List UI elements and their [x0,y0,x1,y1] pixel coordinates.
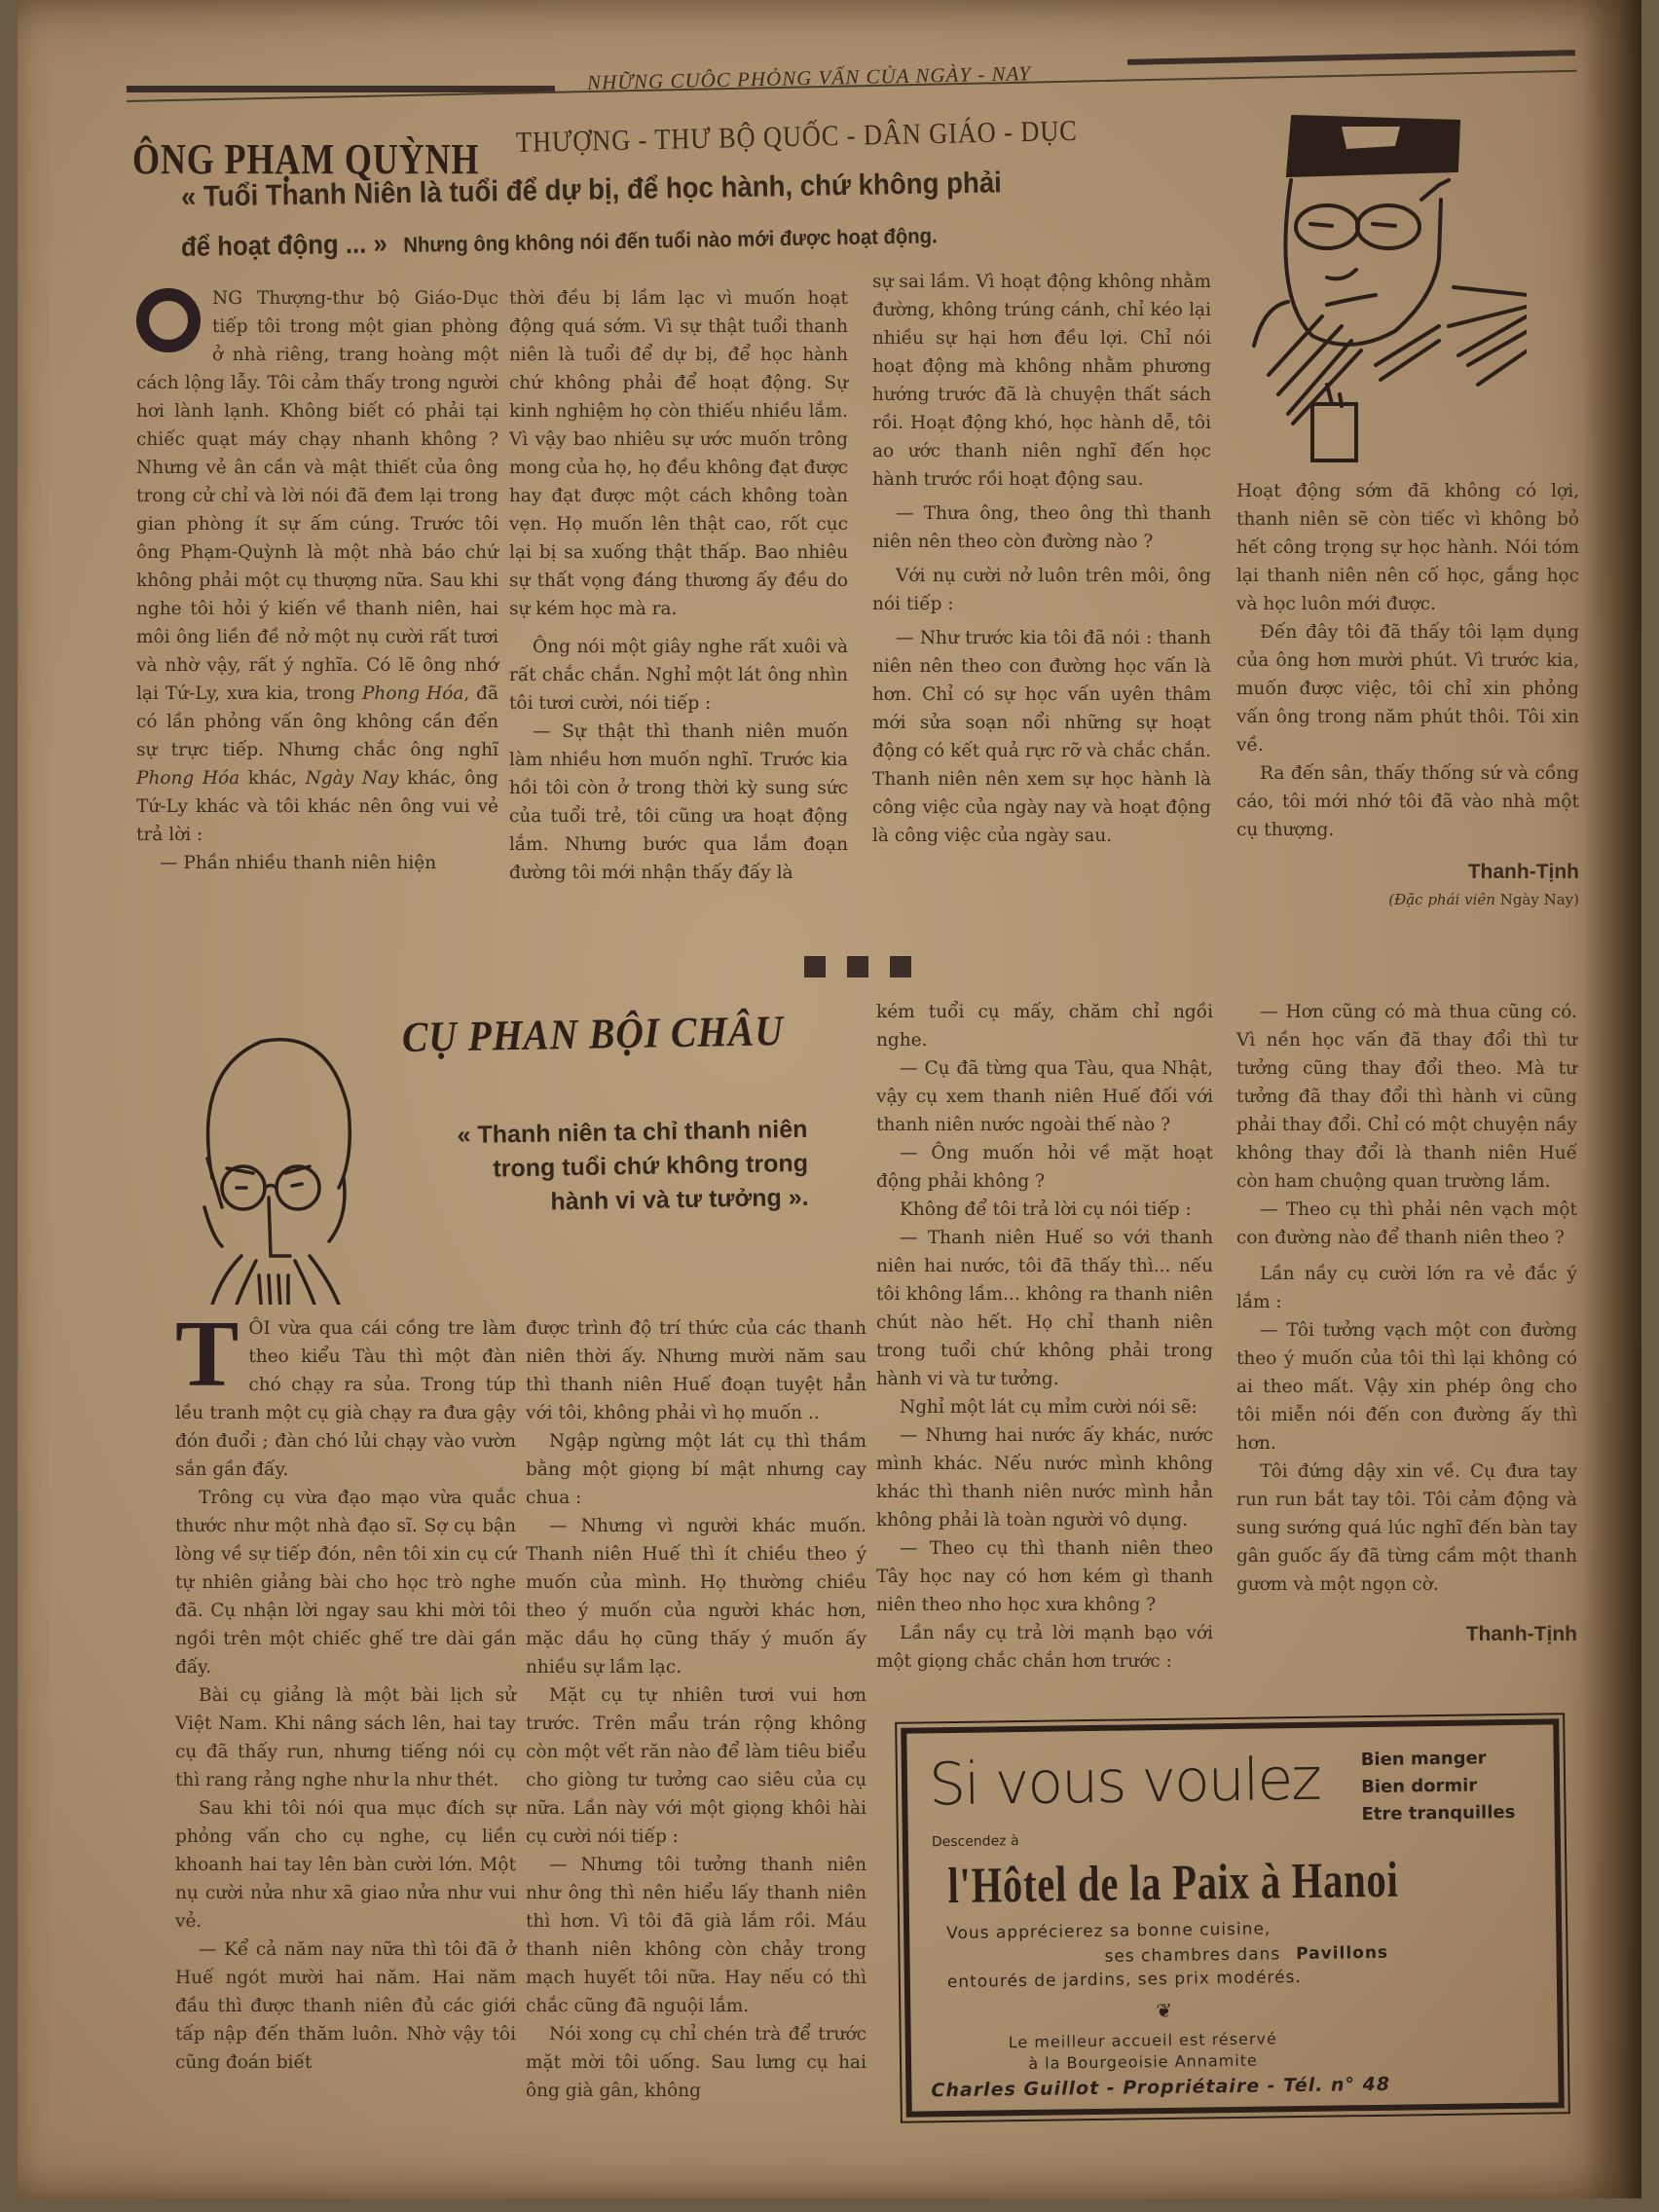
ad-line: entourés de jardins, ses prix modérés. [947,1968,1302,1992]
ad-headline: Si vous voulez [929,1746,1321,1820]
paragraph: — Phần nhiều thanh niên hiện [136,849,498,877]
square-ornament-icon [804,956,826,977]
newspaper-page: NHỮNG CUỘC PHỎNG VẤN CỦA NGÀY - NAY ÔNG … [18,0,1641,2198]
paragraph: — Thanh niên Huế so với thanh niên hai n… [876,1224,1213,1393]
paragraph: Lần nầy cụ trả lời mạnh bạo với một giọn… [876,1619,1213,1676]
article1-quote-end: để hoạt động ... » [181,228,387,262]
publication-name: Ngày Nay [306,768,399,789]
section-divider [804,956,911,977]
ad-hotel-name: l'Hôtel de la Paix à Hanoi [947,1852,1399,1915]
article2-signature: Thanh-Tịnh [1236,1620,1577,1648]
article2-title: CỤ PHAN BỘI CHÂU [402,1006,785,1062]
dropcap-o-icon [136,288,201,352]
article1-quote-note: Nhưng ông không nói đến tuổi nào mới đượ… [403,223,938,257]
article1-column-2: thời đều bị lầm lạc vì muốn hoạt động qu… [509,284,848,887]
paragraph: — Nhưng vì người khác muốn. Thanh niên H… [526,1512,866,1681]
ad-benefit: Bien manger [1361,1745,1515,1774]
paragraph: Mặt cụ tự nhiên tươi vui hơn trước. Trên… [526,1681,866,1851]
paragraph: Với nụ cười nở luôn trên môi, ông nói ti… [872,562,1211,618]
paragraph: — Theo cụ thì phải nên vạch một con đườn… [1236,1196,1577,1252]
ad-benefit: Etre tranquilles [1361,1799,1515,1828]
paragraph: sự sai lầm. Vì hoạt động không nhằm đườn… [872,268,1211,494]
article1-signature-note: (Đặc phái viên Ngày Nay) [1236,886,1579,914]
ad-lead-in: Descendez à [932,1833,1019,1850]
paragraph: — Theo cụ thì thanh niên theo Tây học na… [876,1534,1213,1619]
signature-role: (Đặc phái viên [1388,891,1495,908]
paragraph: Ra đến sân, thấy thống sứ và cồng cáo, t… [1236,759,1579,844]
page-spine-shadow [1583,0,1641,2198]
paragraph: Nghỉ một lát cụ mỉm cười nói sẽ: [876,1393,1213,1421]
article2-column-4: — Hơn cũng có mà thua cũng có. Vì nền họ… [1236,998,1577,1648]
ad-logo-icon: ❦ [1156,1999,1172,2022]
ad-footer: Charles Guillot - Propriétaire - Tél. n°… [931,2074,1390,2102]
paragraph: Hoạt động sớm đã không có lợi, thanh niê… [1236,477,1579,618]
square-ornament-icon [847,956,868,977]
signature-publication: Ngày Nay) [1500,891,1579,908]
paragraph: khác, [240,768,306,789]
article2-column-3: kém tuổi cụ mấy, chăm chỉ ngồi nghe. — C… [876,998,1213,1676]
ad-benefits: Bien manger Bien dormir Etre tranquilles [1361,1745,1516,1828]
paragraph: Không để tôi trả lời cụ nói tiếp : [876,1196,1213,1224]
ad-line-text: ses chambres dans [1104,1944,1280,1967]
paragraph: — Kể cả năm nay nữa thì tôi đã ở Huế ngó… [175,1935,516,2077]
paragraph: — Như trước kia tôi đã nói : thanh niên … [872,624,1211,850]
article1-quote-line2: để hoạt động ... »Nhưng ông không nói đế… [181,218,938,263]
paragraph: Đến đây tôi đã thấy tôi lạm dụng của ông… [1236,618,1579,759]
paragraph: được trình độ trí thức của các thanh niê… [526,1314,866,1427]
paragraph: Ngập ngừng một lát cụ thì thầm bằng một … [526,1427,866,1512]
dropcap-t: T [175,1316,239,1392]
paragraph: Ông nói một giây nghe rất xuôi và rất ch… [509,633,848,718]
article2-column-2: được trình độ trí thức của các thanh niê… [526,1314,866,2105]
ad-line: Vous apprécierez sa bonne cuisine, [946,1919,1271,1943]
square-ornament-icon [890,956,911,977]
pham-quynh-portrait-icon [1235,102,1527,462]
paragraph: — Tôi tưởng vạch một con đường theo ý mu… [1236,1316,1577,1457]
paragraph: — Ông muốn hỏi về mặt hoạt động phải khô… [876,1139,1213,1196]
paragraph: NG Thượng-thư bộ Giáo-Dục tiếp tôi trong… [136,288,498,704]
ad-pavillons: Pavillons [1296,1943,1388,1964]
ad-benefit: Bien dormir [1361,1772,1515,1801]
paragraph: Trông cụ vừa đạo mạo vừa quắc thước như … [175,1484,516,1681]
article1-subtitle: THƯỢNG - THƯ BỘ QUỐC - DÂN GIÁO - DỤC [516,115,1078,160]
ad-welcome: Le meilleur accueil est réservé à la Bou… [1009,2028,1278,2075]
paragraph: — Nhưng hai nước ấy khác, nước mình khác… [876,1421,1213,1534]
header-rule-bar [1127,50,1575,65]
article1-column-1: NG Thượng-thư bộ Giáo-Dục tiếp tôi trong… [136,284,498,877]
paragraph: Lần nầy cụ cười lớn ra vẻ đắc ý lắm : [1236,1260,1577,1316]
paragraph: — Nhưng tôi tưởng thanh niên như ông thì… [526,1851,866,2020]
phan-boi-chau-portrait-icon [183,1013,368,1305]
paragraph: — Thưa ông, theo ông thì thanh niên nên … [872,499,1211,556]
hotel-advertisement: Si vous voulez Bien manger Bien dormir E… [901,1718,1565,2117]
paragraph: Tôi đứng dậy xin về. Cụ đưa tay run run … [1236,1457,1577,1599]
article1-signature: Thanh-Tịnh [1236,858,1579,886]
article1-column-4: Hoạt động sớm đã không có lợi, thanh niê… [1236,477,1579,914]
paragraph: Sau khi tôi nói qua mục đích sự phỏng vấ… [175,1794,516,1935]
header-rule-bar [127,86,555,92]
paragraph: — Cụ đã từng qua Tàu, qua Nhật, vậy cụ x… [876,1054,1213,1139]
paragraph: — Hơn cũng có mà thua cũng có. Vì nền họ… [1236,998,1577,1196]
ad-welcome-line: à la Bourgeoisie Annamite [1009,2049,1277,2075]
paragraph: thời đều bị lầm lạc vì muốn hoạt động qu… [509,284,848,623]
article1-column-3: sự sai lầm. Vì hoạt động không nhằm đườn… [872,268,1211,850]
paragraph: — Sự thật thì thanh niên muốn làm nhiều … [509,718,848,887]
paragraph: Bài cụ giảng là một bài lịch sử Việt Nam… [175,1681,516,1794]
publication-name: Phong Hóa [136,768,240,789]
paragraph: kém tuổi cụ mấy, chăm chỉ ngồi nghe. [876,998,1213,1054]
ad-line: ses chambres dansPavillons [1104,1943,1388,1967]
article2-quote: « Thanh niên ta chỉ thanh niên trong tuổ… [457,1113,809,1221]
paragraph: Nói xong cụ chỉ chén trà để trước mặt mờ… [526,2020,866,2105]
publication-name: Phong Hóa [362,683,463,704]
article2-column-1: TÔI vừa qua cái cồng tre làm theo kiểu T… [175,1314,516,2077]
